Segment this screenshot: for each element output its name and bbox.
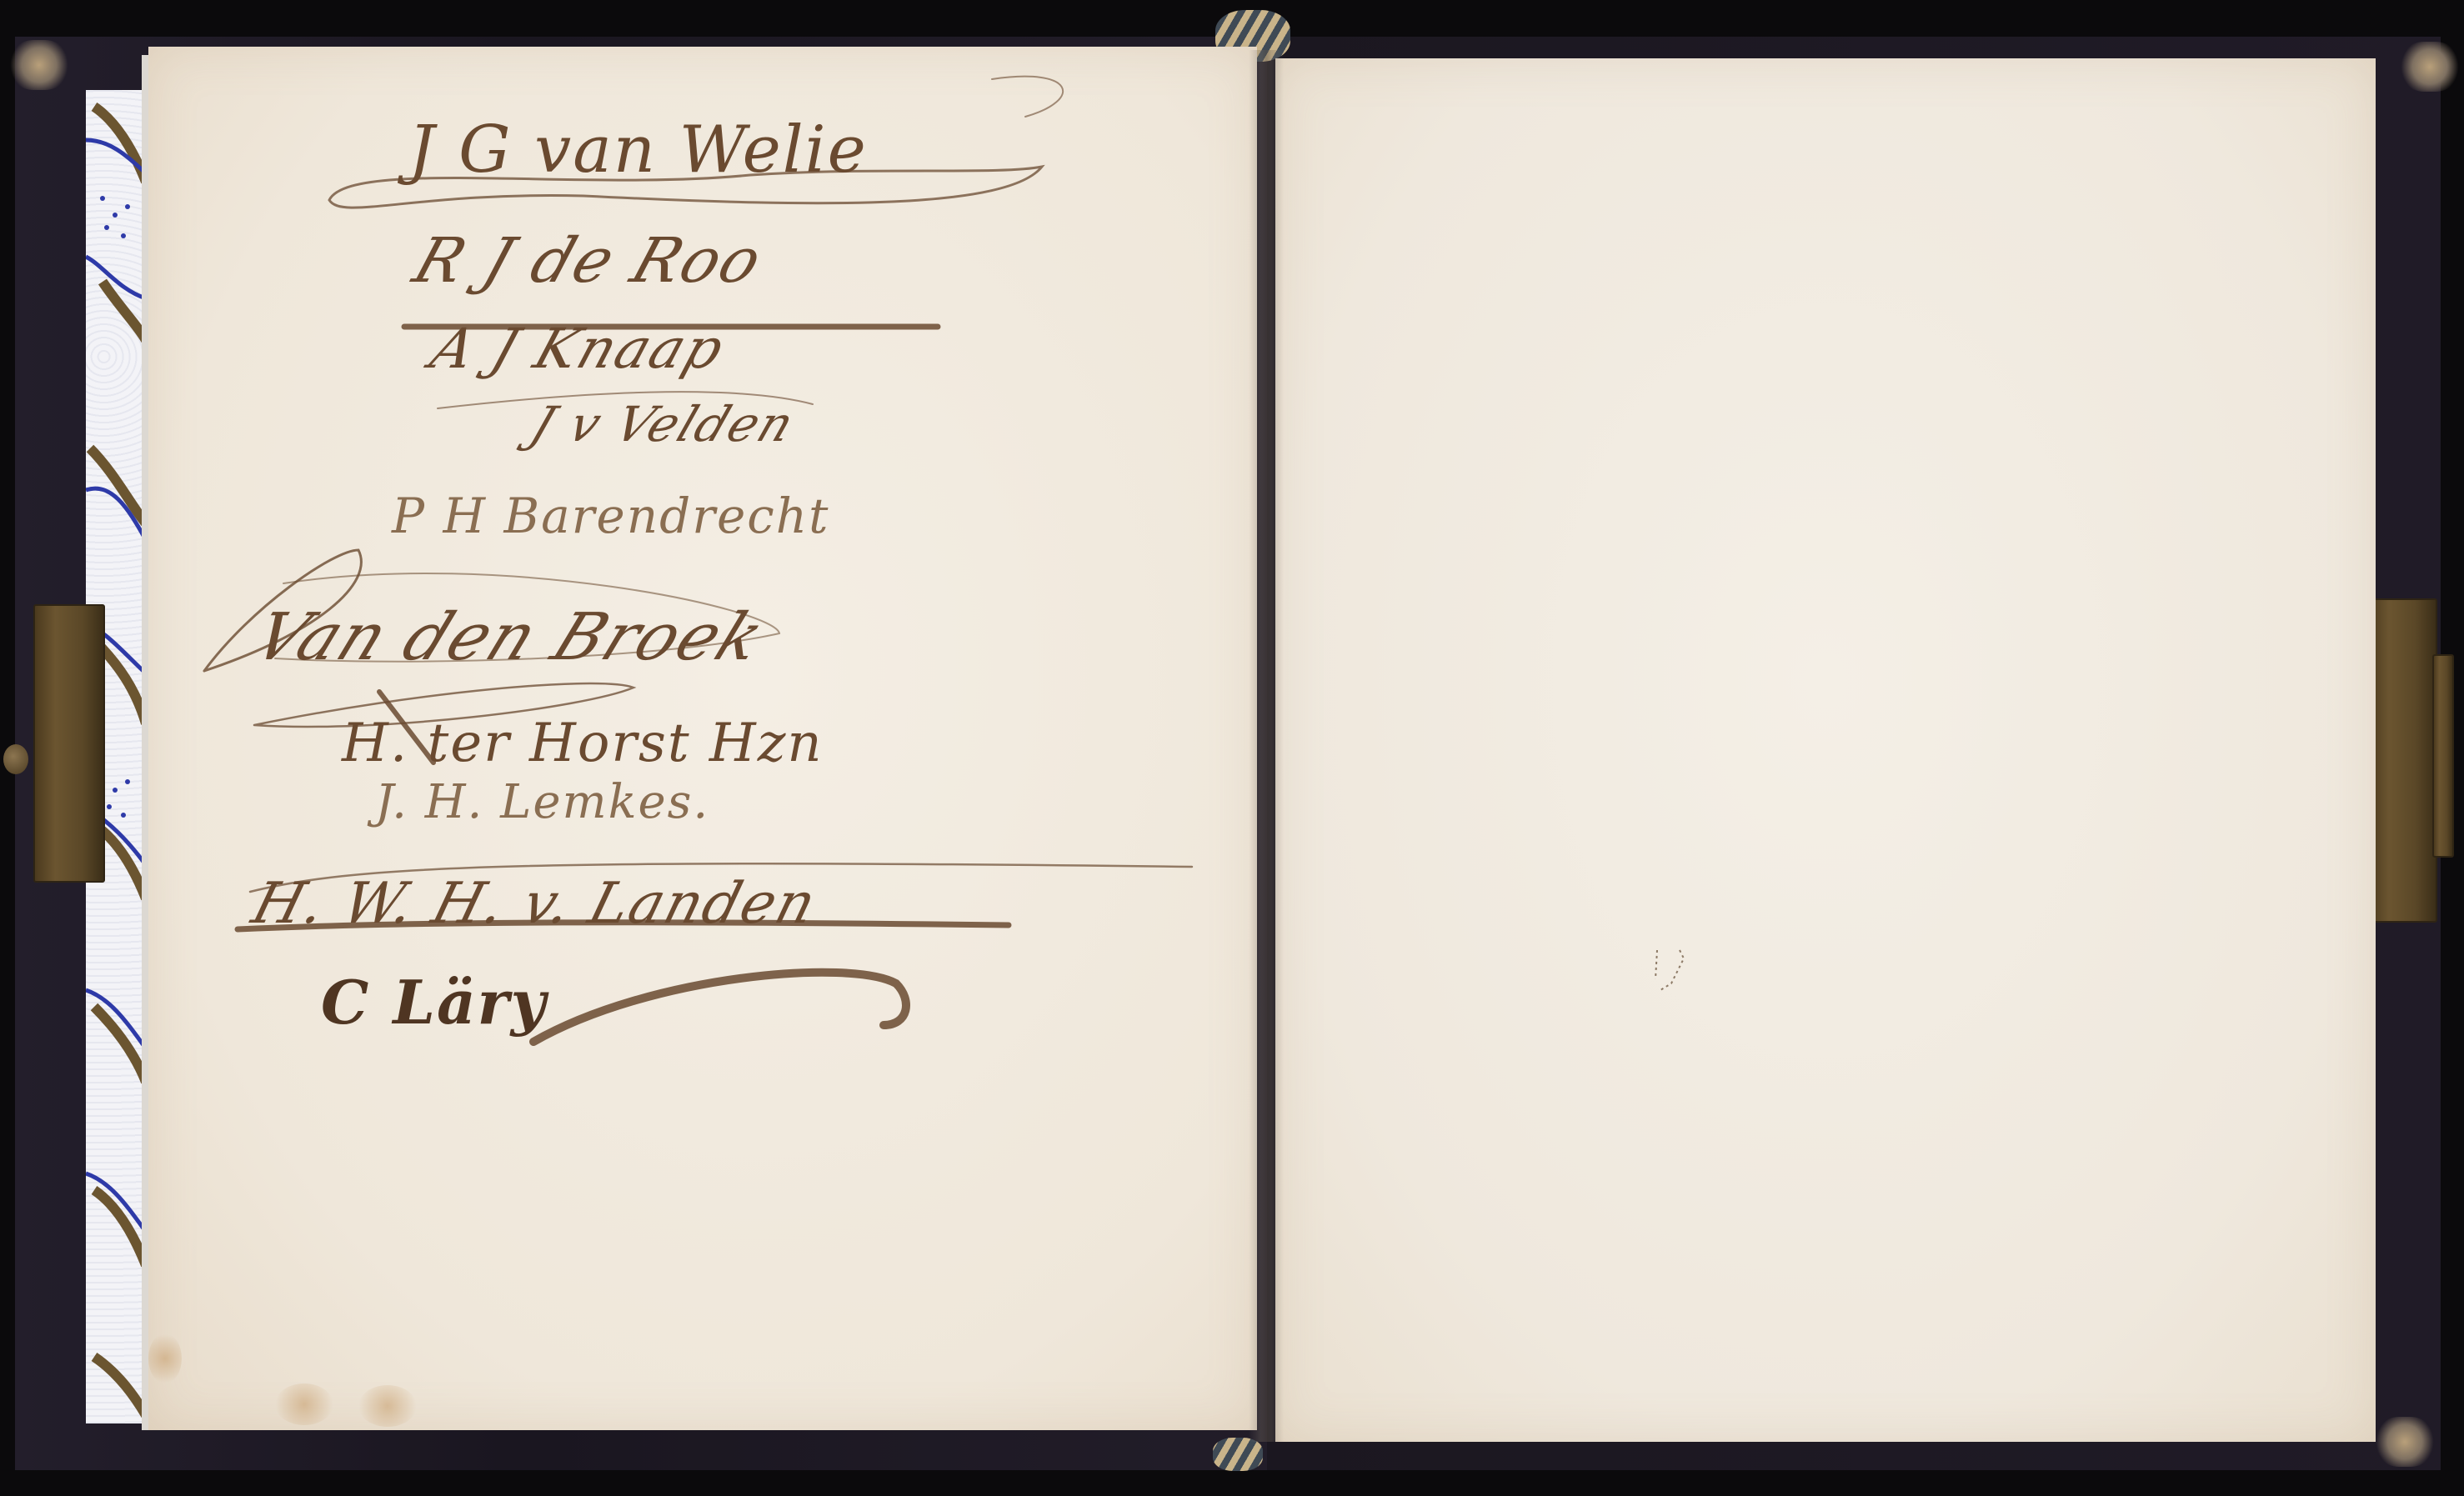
page-gutter bbox=[1249, 50, 1284, 1442]
left-brass-clasp bbox=[33, 604, 105, 883]
foxing-stain bbox=[358, 1385, 417, 1427]
left-page bbox=[148, 47, 1257, 1430]
foxing-stain bbox=[275, 1383, 333, 1425]
right-clasp-catch bbox=[2432, 654, 2454, 858]
right-page bbox=[1275, 58, 2376, 1442]
clasp-knob bbox=[3, 744, 28, 774]
worn-corner-top-right bbox=[2401, 42, 2459, 92]
spine-thread-bottom bbox=[1213, 1438, 1263, 1471]
worn-corner-top-left bbox=[10, 40, 68, 90]
worn-corner-bottom-right bbox=[2376, 1417, 2434, 1467]
pencil-mark bbox=[1634, 942, 1700, 1008]
foxing-stain bbox=[148, 1333, 182, 1383]
right-brass-clasp bbox=[2367, 598, 2437, 923]
